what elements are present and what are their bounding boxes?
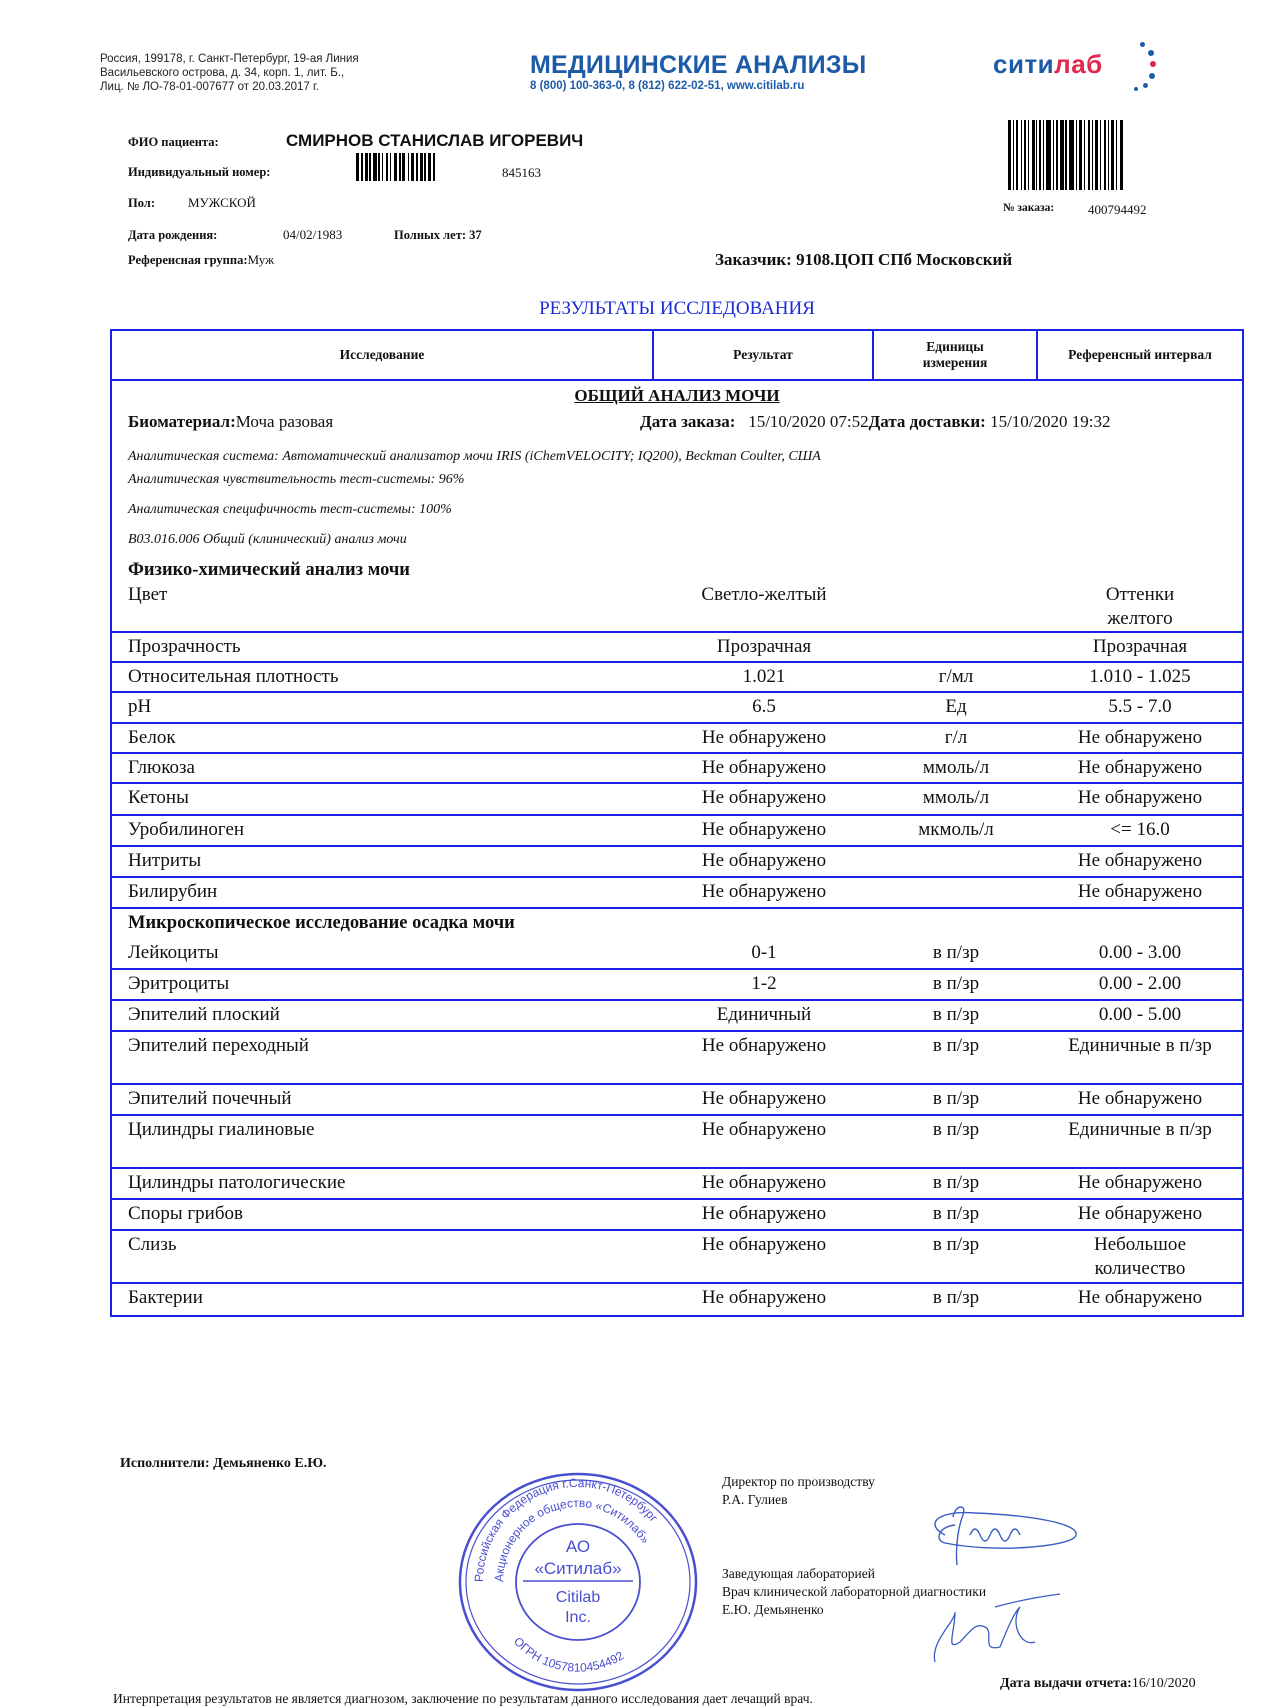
test-unit: ммоль/л bbox=[874, 784, 1038, 814]
test-reference: Не обнаружено bbox=[1038, 724, 1242, 752]
biomaterial-value: Моча разовая bbox=[236, 412, 333, 431]
test-result: Не обнаружено bbox=[654, 784, 874, 814]
order-date-label: Дата заказа: bbox=[640, 412, 735, 431]
test-unit: в п/зр bbox=[874, 1032, 1038, 1083]
logo-dot-icon bbox=[1140, 42, 1145, 47]
test-name: Белок bbox=[112, 724, 654, 752]
group-title-microscopy: Микроскопическое исследование осадка моч… bbox=[112, 913, 1242, 939]
dob-label: Дата рождения: bbox=[128, 228, 217, 243]
table-header: Исследование Результат Единицы измерения… bbox=[112, 331, 1242, 381]
lab-head-signature-icon bbox=[925, 1592, 1065, 1677]
test-result: Не обнаружено bbox=[654, 1200, 874, 1229]
performers: Исполнители: Демьяненко Е.Ю. bbox=[120, 1456, 327, 1472]
column-header-reference: Референсный интервал bbox=[1038, 331, 1242, 379]
ref-group-value: Муж bbox=[248, 252, 275, 267]
test-reference: <= 16.0 bbox=[1038, 816, 1242, 845]
stamp-center-line2: «Ситилаб» bbox=[534, 1559, 621, 1578]
test-unit: в п/зр bbox=[874, 1169, 1038, 1198]
table-row: Уробилиноген Не обнаружено мкмоль/л <= 1… bbox=[112, 816, 1242, 847]
test-reference: Не обнаружено bbox=[1038, 878, 1242, 907]
delivery-date-value: 15/10/2020 19:32 bbox=[990, 412, 1110, 431]
issue-date-label: Дата выдачи отчета: bbox=[1000, 1676, 1132, 1691]
test-name: Слизь bbox=[112, 1231, 654, 1282]
test-result: 0-1 bbox=[654, 939, 874, 968]
test-unit: в п/зр bbox=[874, 1284, 1038, 1315]
test-result: Прозрачная bbox=[654, 633, 874, 661]
section-title: ОБЩИЙ АНАЛИЗ МОЧИ bbox=[112, 381, 1242, 407]
biomaterial-label: Биоматериал: bbox=[128, 412, 236, 431]
test-result: Не обнаружено bbox=[654, 724, 874, 752]
test-reference: Не обнаружено bbox=[1038, 754, 1242, 782]
test-name: pH bbox=[112, 693, 654, 722]
test-reference: Прозрачная bbox=[1038, 633, 1242, 661]
age-label: Полных лет: 37 bbox=[394, 228, 482, 243]
table-row: pH 6.5 Ед 5.5 - 7.0 bbox=[112, 693, 1242, 724]
test-unit: г/л bbox=[874, 724, 1038, 752]
order-number: 400794492 bbox=[1088, 202, 1147, 218]
test-result: Не обнаружено bbox=[654, 1231, 874, 1282]
test-result: 1.021 bbox=[654, 663, 874, 691]
patient-id: 845163 bbox=[502, 165, 541, 181]
test-name: Относительная плотность bbox=[112, 663, 654, 691]
test-result: Не обнаружено bbox=[654, 816, 874, 845]
table-row: Бактерии Не обнаружено в п/зр Не обнаруж… bbox=[112, 1284, 1242, 1315]
test-result: Единичный bbox=[654, 1001, 874, 1030]
test-reference: Не обнаружено bbox=[1038, 847, 1242, 876]
table-row: Лейкоциты 0-1 в п/зр 0.00 - 3.00 bbox=[112, 939, 1242, 970]
test-name: Эпителий плоский bbox=[112, 1001, 654, 1030]
test-reference: Не обнаружено bbox=[1038, 784, 1242, 814]
brand-block: МЕДИЦИНСКИЕ АНАЛИЗЫ 8 (800) 100-363-0, 8… bbox=[530, 52, 866, 92]
test-name: Лейкоциты bbox=[112, 939, 654, 968]
column-header-test: Исследование bbox=[112, 331, 654, 379]
table-row: Относительная плотность 1.021 г/мл 1.010… bbox=[112, 663, 1242, 693]
specificity-note: Аналитическая специфичность тест-системы… bbox=[112, 502, 1242, 518]
test-name: Билирубин bbox=[112, 878, 654, 907]
table-row: Эритроциты 1-2 в п/зр 0.00 - 2.00 bbox=[112, 970, 1242, 1001]
test-unit bbox=[874, 878, 1038, 907]
test-reference: Не обнаружено bbox=[1038, 1284, 1242, 1315]
table-row: Нитриты Не обнаружено Не обнаружено bbox=[112, 847, 1242, 878]
test-result: Светло-желтый bbox=[654, 581, 874, 631]
order-number-label: № заказа: bbox=[1003, 202, 1054, 214]
table-row: Кетоны Не обнаружено ммоль/л Не обнаруже… bbox=[112, 784, 1242, 816]
dob-value: 04/02/1983 bbox=[283, 227, 342, 243]
logo-wordmark: ситилаб bbox=[993, 49, 1103, 80]
test-result: 6.5 bbox=[654, 693, 874, 722]
test-unit: в п/зр bbox=[874, 1085, 1038, 1114]
column-header-result: Результат bbox=[654, 331, 874, 379]
table-row: Белок Не обнаружено г/л Не обнаружено bbox=[112, 724, 1242, 754]
test-unit bbox=[874, 633, 1038, 661]
table-row: Эпителий переходный Не обнаружено в п/зр… bbox=[112, 1032, 1242, 1085]
test-unit: в п/зр bbox=[874, 1200, 1038, 1229]
test-name: Кетоны bbox=[112, 784, 654, 814]
analytical-system-note: Аналитическая система: Автоматический ан… bbox=[112, 449, 1242, 465]
customer: Заказчик: 9108.ЦОП СПб Московский bbox=[715, 250, 1012, 270]
order-barcode-icon bbox=[1008, 120, 1163, 190]
table-row: Споры грибов Не обнаружено в п/зр Не обн… bbox=[112, 1200, 1242, 1231]
table-row: Цвет Светло-желтый Оттенки желтого bbox=[112, 581, 1242, 633]
delivery-date-label: Дата доставки: bbox=[869, 412, 986, 431]
test-reference: Единичные в п/зр bbox=[1038, 1116, 1242, 1167]
test-result: Не обнаружено bbox=[654, 1032, 874, 1083]
table-row: Цилиндры гиалиновые Не обнаружено в п/зр… bbox=[112, 1116, 1242, 1169]
patient-id-label: Индивидуальный номер: bbox=[128, 165, 270, 180]
test-unit bbox=[874, 847, 1038, 876]
test-name: Прозрачность bbox=[112, 633, 654, 661]
address-line: Васильевского острова, д. 34, корп. 1, л… bbox=[100, 66, 359, 80]
test-unit: мкмоль/л bbox=[874, 816, 1038, 845]
disclaimer: Интерпретация результатов не является ди… bbox=[113, 1691, 813, 1707]
test-reference: 1.010 - 1.025 bbox=[1038, 663, 1242, 691]
patient-name: СМИРНОВ СТАНИСЛАВ ИГОРЕВИЧ bbox=[286, 131, 583, 151]
test-result: Не обнаружено bbox=[654, 1284, 874, 1315]
test-name: Уробилиноген bbox=[112, 816, 654, 845]
test-name: Споры грибов bbox=[112, 1200, 654, 1229]
ref-group-label-text: Референсная группа: bbox=[128, 253, 248, 267]
logo-dot-icon bbox=[1134, 87, 1138, 91]
test-unit: в п/зр bbox=[874, 970, 1038, 999]
ref-group-label: Референсная группа:Муж bbox=[128, 252, 274, 268]
order-meta-row: Биоматериал:Моча разовая Дата заказа: 15… bbox=[112, 407, 1242, 437]
age-value: 37 bbox=[469, 228, 482, 242]
results-title: РЕЗУЛЬТАТЫ ИССЛЕДОВАНИЯ bbox=[110, 298, 1244, 320]
table-row: Эпителий почечный Не обнаружено в п/зр Н… bbox=[112, 1085, 1242, 1116]
logo-dot-icon bbox=[1150, 61, 1156, 67]
logo-dot-icon bbox=[1143, 83, 1148, 88]
test-reference: Небольшое количество bbox=[1038, 1231, 1242, 1282]
table-row: Прозрачность Прозрачная Прозрачная bbox=[112, 633, 1242, 663]
stamp-center-line3: Citilab bbox=[556, 1589, 601, 1606]
table-row: Билирубин Не обнаружено Не обнаружено bbox=[112, 878, 1242, 909]
test-reference: 0.00 - 5.00 bbox=[1038, 1001, 1242, 1030]
test-reference: Единичные в п/зр bbox=[1038, 1032, 1242, 1083]
logo-dot-icon bbox=[1148, 50, 1154, 56]
group-title-physchem: Физико-химический анализ мочи bbox=[112, 560, 1242, 581]
test-unit: в п/зр bbox=[874, 1116, 1038, 1167]
test-name: Цилиндры патологические bbox=[112, 1169, 654, 1198]
issue-date: Дата выдачи отчета:16/10/2020 bbox=[1000, 1676, 1196, 1692]
test-name: Цилиндры гиалиновые bbox=[112, 1116, 654, 1167]
test-reference: 0.00 - 2.00 bbox=[1038, 970, 1242, 999]
director-signature-icon bbox=[915, 1495, 1095, 1580]
column-header-units: Единицы измерения bbox=[874, 331, 1038, 379]
brand-title: МЕДИЦИНСКИЕ АНАЛИЗЫ bbox=[530, 52, 866, 78]
test-result: 1-2 bbox=[654, 970, 874, 999]
stamp-center-line1: АО bbox=[566, 1537, 590, 1556]
test-unit: ммоль/л bbox=[874, 754, 1038, 782]
test-reference: Не обнаружено bbox=[1038, 1085, 1242, 1114]
sensitivity-note: Аналитическая чувствительность тест-сист… bbox=[112, 472, 1242, 488]
logo-dot-icon bbox=[1149, 73, 1155, 79]
company-stamp-icon: Российская Федерация г.Санкт-Петербург А… bbox=[455, 1470, 700, 1695]
test-name: Эпителий почечный bbox=[112, 1085, 654, 1114]
logo-part-lab: лаб bbox=[1054, 49, 1103, 79]
test-unit: в п/зр bbox=[874, 1231, 1038, 1282]
issue-date-value: 16/10/2020 bbox=[1132, 1676, 1196, 1691]
sex-label: Пол: bbox=[128, 196, 155, 211]
brand-contacts: 8 (800) 100-363-0, 8 (812) 622-02-51, ww… bbox=[530, 80, 866, 92]
table-row: Цилиндры патологические Не обнаружено в … bbox=[112, 1169, 1242, 1200]
test-name: Цвет bbox=[112, 581, 654, 631]
test-unit: г/мл bbox=[874, 663, 1038, 691]
patient-barcode-icon bbox=[356, 153, 456, 181]
test-reference: Оттенки желтого bbox=[1038, 581, 1242, 631]
address-line: Россия, 199178, г. Санкт-Петербург, 19-а… bbox=[100, 52, 359, 66]
results-table: Исследование Результат Единицы измерения… bbox=[110, 329, 1244, 1317]
test-name: Нитриты bbox=[112, 847, 654, 876]
test-name: Глюкоза bbox=[112, 754, 654, 782]
test-reference: 0.00 - 3.00 bbox=[1038, 939, 1242, 968]
lab-address: Россия, 199178, г. Санкт-Петербург, 19-а… bbox=[100, 52, 359, 94]
test-reference: Не обнаружено bbox=[1038, 1200, 1242, 1229]
test-result: Не обнаружено bbox=[654, 1116, 874, 1167]
address-line: Лиц. № ЛО-78-01-007677 от 20.03.2017 г. bbox=[100, 80, 359, 94]
test-name: Эритроциты bbox=[112, 970, 654, 999]
stamp-center-line4: Inc. bbox=[565, 1609, 591, 1626]
test-unit: в п/зр bbox=[874, 939, 1038, 968]
test-name: Эпителий переходный bbox=[112, 1032, 654, 1083]
test-result: Не обнаружено bbox=[654, 878, 874, 907]
test-unit: Ед bbox=[874, 693, 1038, 722]
table-row: Глюкоза Не обнаружено ммоль/л Не обнаруж… bbox=[112, 754, 1242, 784]
sex-value: МУЖСКОЙ bbox=[188, 195, 256, 211]
test-result: Не обнаружено bbox=[654, 754, 874, 782]
test-reference: 5.5 - 7.0 bbox=[1038, 693, 1242, 722]
test-result: Не обнаружено bbox=[654, 1169, 874, 1198]
order-date-value: 15/10/2020 07:52 bbox=[748, 412, 868, 431]
table-row: Слизь Не обнаружено в п/зр Небольшое кол… bbox=[112, 1231, 1242, 1284]
age-label-text: Полных лет: bbox=[394, 228, 466, 242]
director-title: Директор по производству bbox=[722, 1473, 986, 1491]
test-result: Не обнаружено bbox=[654, 847, 874, 876]
patient-name-label: ФИО пациента: bbox=[128, 135, 219, 150]
test-result: Не обнаружено bbox=[654, 1085, 874, 1114]
test-unit: в п/зр bbox=[874, 1001, 1038, 1030]
test-name: Бактерии bbox=[112, 1284, 654, 1315]
table-row: Эпителий плоский Единичный в п/зр 0.00 -… bbox=[112, 1001, 1242, 1032]
logo-part-citi: сити bbox=[993, 49, 1054, 79]
test-reference: Не обнаружено bbox=[1038, 1169, 1242, 1198]
test-unit bbox=[874, 581, 1038, 631]
service-code-note: B03.016.006 Общий (клинический) анализ м… bbox=[112, 532, 1242, 548]
citilab-logo: ситилаб bbox=[993, 42, 1173, 92]
